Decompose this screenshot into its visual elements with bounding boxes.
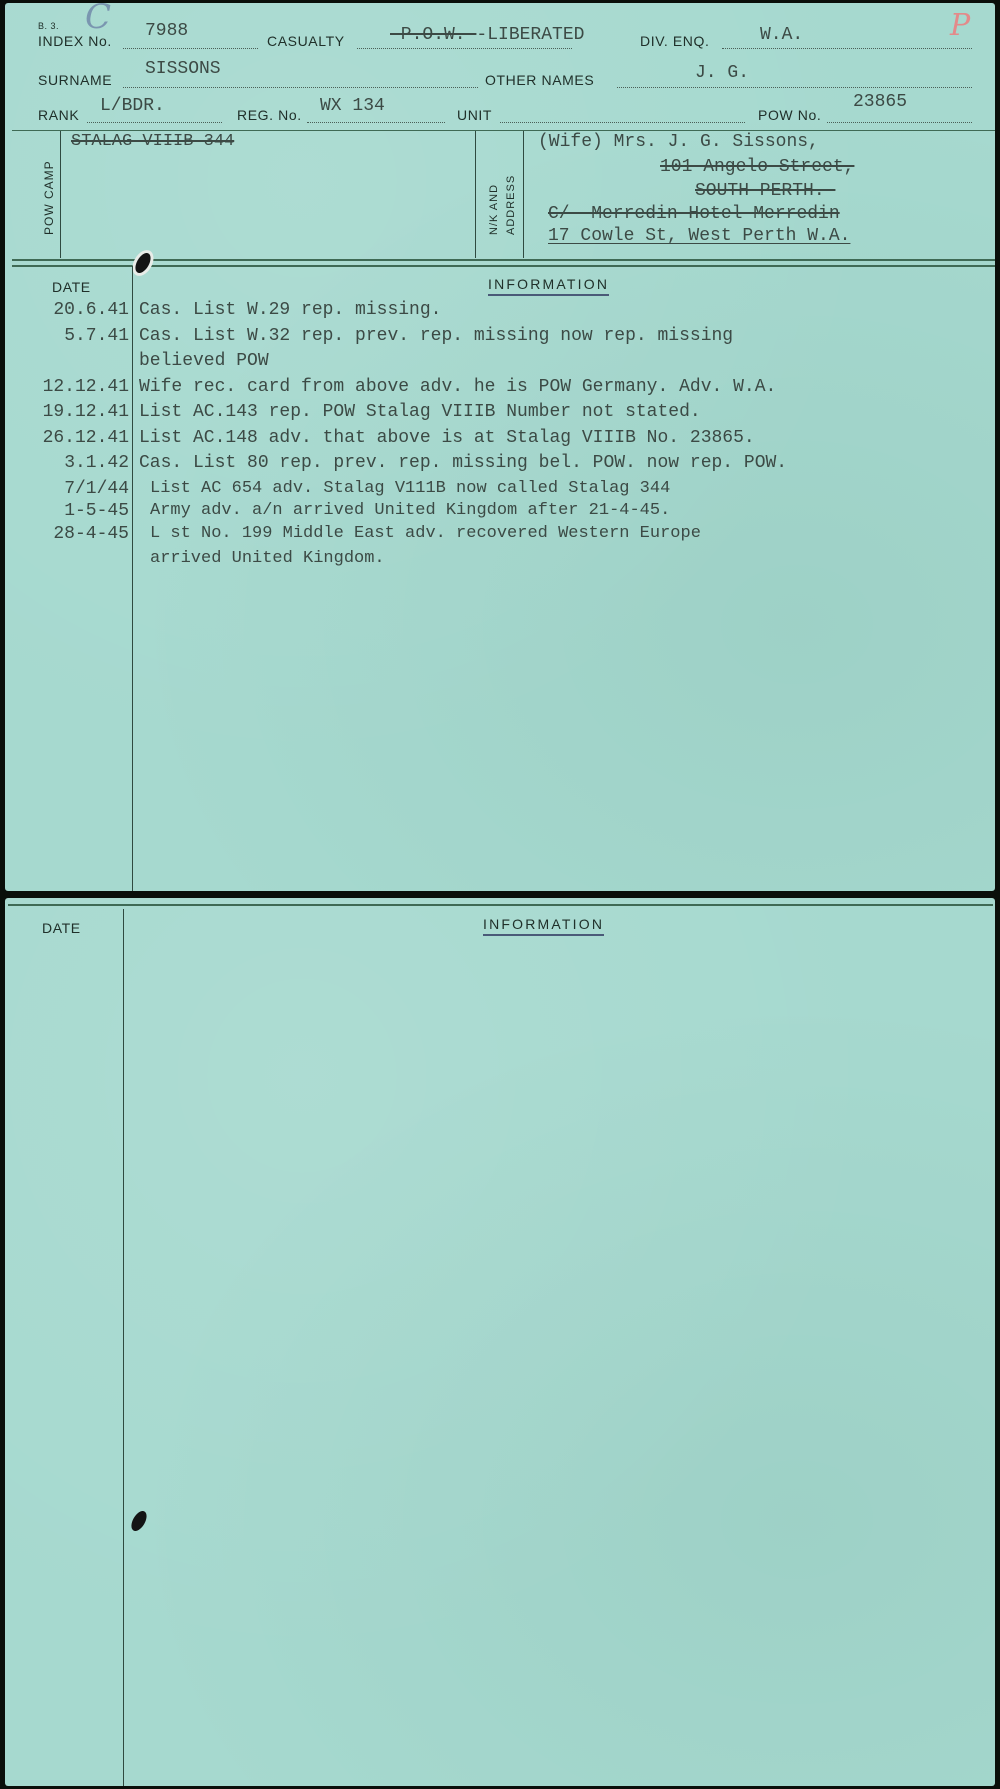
index-no-dots (123, 48, 258, 49)
back-date-header: DATE (42, 920, 81, 936)
nk-line-3: SOUTH-PERTH.- (695, 181, 835, 201)
nk-divider-right (523, 131, 524, 258)
entry-text: L st No. 199 Middle East adv. recovered … (150, 524, 701, 543)
card-back: DATE INFORMATION (5, 898, 995, 1786)
pow-camp-value: STALAG VIIIB 344 (71, 132, 234, 151)
nk-label-1: N/K AND (488, 184, 500, 235)
div-enq-label: DIV. ENQ. (640, 33, 709, 49)
entry-text: List AC.143 rep. POW Stalag VIIIB Number… (139, 402, 701, 422)
casualty-dots (357, 48, 572, 49)
back-information-header: INFORMATION (483, 916, 604, 936)
entry-date: 28-4-45 (53, 524, 129, 544)
index-no-value: 7988 (145, 21, 188, 41)
surname-label: SURNAME (38, 72, 112, 88)
reg-no-dots (307, 122, 445, 123)
double-rule-1 (12, 259, 995, 261)
date-header: DATE (52, 279, 91, 295)
rank-label: RANK (38, 107, 79, 123)
rule-top (12, 130, 995, 131)
nk-line-5: 17 Cowle St, West Perth W.A. (548, 226, 850, 246)
corner-mark: P (950, 8, 970, 43)
unit-label: UNIT (457, 107, 492, 123)
other-names-label: OTHER NAMES (485, 72, 594, 88)
card-front: B. 3. C P INDEX No. 7988 CASUALTY -P.O.W… (5, 3, 995, 891)
back-punch-mark (128, 1508, 149, 1533)
casualty-struck: -P.O.W.- (390, 25, 476, 45)
pow-no-label: POW No. (758, 107, 821, 123)
nk-line-2: 101-Angelo-Street, (660, 157, 854, 177)
form-code: B. 3. (38, 21, 59, 31)
pow-camp-divider (60, 131, 61, 258)
other-names-value: J. G. (695, 63, 749, 83)
div-enq-value: W.A. (760, 25, 803, 45)
entry-text: List AC.148 adv. that above is at Stalag… (139, 428, 755, 448)
entry-date: 7/1/44 (64, 479, 129, 499)
reg-no-label: REG. No. (237, 107, 302, 123)
entry-date: 20.6.41 (53, 300, 129, 320)
punch-hole (132, 250, 153, 275)
rank-value: L/BDR. (100, 96, 165, 116)
entry-date: 3.1.42 (64, 453, 129, 473)
information-header: INFORMATION (488, 276, 609, 296)
nk-label-2: ADDRESS (505, 175, 517, 235)
pow-no-dots (827, 122, 972, 123)
entry-date: 26.12.41 (43, 428, 129, 448)
pow-no-value: 23865 (853, 92, 907, 112)
casualty-value: -P.O.W.--LIBERATED (390, 25, 584, 45)
entry-date: 5.7.41 (64, 326, 129, 346)
pencil-mark: C (85, 0, 111, 37)
casualty-current: -LIBERATED (476, 25, 584, 45)
other-names-dots (617, 87, 972, 88)
entry-text: Army adv. a/n arrived United Kingdom aft… (150, 501, 670, 520)
casualty-label: CASUALTY (267, 33, 345, 49)
entry-date: 12.12.41 (43, 377, 129, 397)
reg-no-value: WX 134 (320, 96, 385, 116)
div-enq-dots (722, 48, 972, 49)
surname-dots (123, 87, 478, 88)
nk-divider-left (475, 131, 476, 258)
back-top-rule (8, 904, 993, 906)
entry-text: believed POW (139, 351, 269, 371)
date-column-divider (132, 266, 133, 891)
entry-text: Cas. List W.32 rep. prev. rep. missing n… (139, 326, 733, 346)
nk-line-1: (Wife) Mrs. J. G. Sissons, (538, 132, 819, 152)
index-no-label: INDEX No. (38, 33, 112, 49)
entry-text: Cas. List W.29 rep. missing. (139, 300, 441, 320)
pow-camp-label: POW CAMP (42, 160, 56, 235)
back-date-column-divider (123, 909, 124, 1786)
rank-dots (87, 122, 222, 123)
entry-date: 1-5-45 (64, 501, 129, 521)
surname-value: SISSONS (145, 59, 221, 79)
entry-text: Wife rec. card from above adv. he is POW… (139, 377, 776, 397)
nk-line-4: C/--Merredin-Hotel-Merredin (548, 204, 840, 224)
unit-dots (500, 122, 745, 123)
entry-text: List AC 654 adv. Stalag V111B now called… (150, 479, 670, 498)
double-rule-2 (12, 265, 995, 267)
entry-text: arrived United Kingdom. (150, 549, 385, 568)
entry-text: Cas. List 80 rep. prev. rep. missing bel… (139, 453, 787, 473)
entry-date: 19.12.41 (43, 402, 129, 422)
